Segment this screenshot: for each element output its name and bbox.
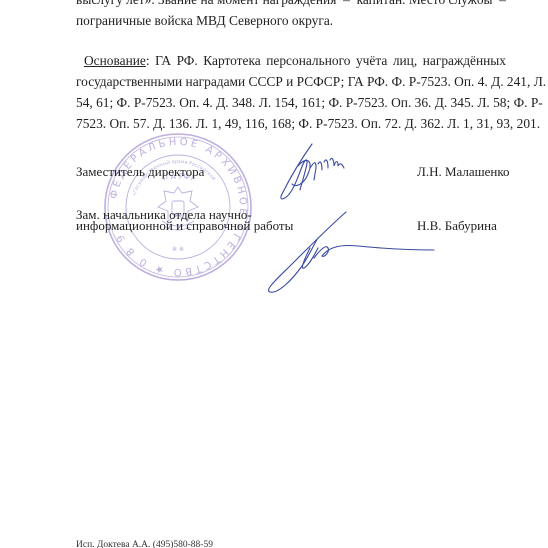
basis-text: : ГА РФ. Картотека персонального учёта л… <box>146 53 506 68</box>
document-page: выслугу лет». Звание на момент награжден… <box>0 0 548 548</box>
svg-text:✻ ✻: ✻ ✻ <box>172 246 184 253</box>
basis-line-2: государственными наградами СССР и РСФСР;… <box>76 74 506 90</box>
text-fragment: выслугу лет». Звание на момент награжден… <box>76 0 336 8</box>
basis-line-4: 7523. Оп. 57. Д. 136. Л. 1, 49, 116, 168… <box>76 116 506 132</box>
basis-line-3: 54, 61; Ф. Р-7523. Оп. 4. Д. 348. Л. 154… <box>76 95 506 111</box>
signature-2-icon <box>258 208 438 298</box>
executor-line: Исп. Доктева А.А. (495)580-88-59 <box>76 540 213 548</box>
text-fragment: – <box>343 0 350 8</box>
text-fragment: капитан. Место службы <box>357 0 493 8</box>
signatory-2-name: Н.В. Бабурина <box>417 218 497 233</box>
signature-1-icon <box>272 138 362 208</box>
continuation-line-1: выслугу лет». Звание на момент награжден… <box>76 0 506 8</box>
text-fragment: – <box>499 0 506 8</box>
signatory-1-position: Заместитель директора <box>76 164 204 179</box>
signatory-1-name: Л.Н. Малашенко <box>417 164 510 179</box>
basis-label: Основание <box>84 53 146 68</box>
basis-line-1: Основание: ГА РФ. Картотека персональног… <box>76 53 506 69</box>
continuation-line-2: пограничные войска МВД Северного округа. <box>76 13 506 29</box>
